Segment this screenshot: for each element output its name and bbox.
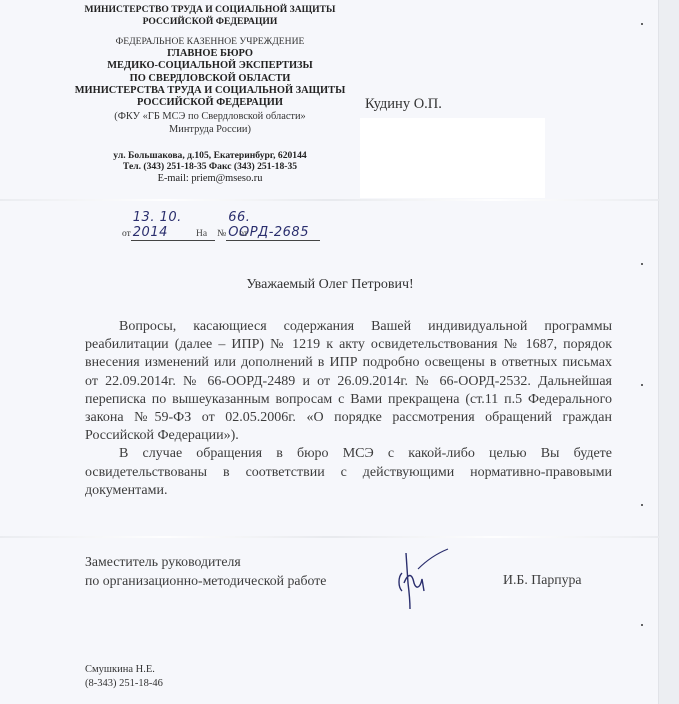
phone-fax: Тел. (343) 251-18-35 Факс (343) 251-18-3… [60, 161, 360, 173]
scan-speck [641, 384, 643, 386]
scan-speck [641, 23, 643, 25]
fold-line [0, 536, 660, 538]
executor-phone: (8-343) 251-18-46 [85, 677, 163, 691]
letterhead: МИНИСТЕРСТВО ТРУДА И СОЦИАЛЬНОЙ ЗАЩИТЫ Р… [60, 4, 360, 185]
reply-to-label: На [196, 229, 207, 239]
salutation: Уважаемый Олег Петрович! [0, 277, 660, 293]
bureau-line-1: ГЛАВНОЕ БЮРО [60, 48, 360, 60]
executor-name: Смушкина Н.Е. [85, 663, 163, 677]
ministry-line-2: РОССИЙСКОЙ ФЕДЕРАЦИИ [60, 16, 360, 28]
signatory-name: И.Б. Парпура [503, 572, 582, 588]
bureau-line-2: МЕДИКО-СОЦИАЛЬНОЙ ЭКСПЕРТИЗЫ [60, 60, 360, 72]
addressee: Кудину О.П. [365, 96, 442, 113]
position-line-1: Заместитель руководителя [85, 553, 326, 572]
fold-line [0, 199, 660, 201]
scan-speck [641, 263, 643, 265]
institution-type: ФЕДЕРАЛЬНОЕ КАЗЕННОЕ УЧРЕЖДЕНИЕ [60, 36, 360, 48]
signatory-position: Заместитель руководителя по организацион… [85, 553, 326, 590]
scan-speck [641, 624, 643, 626]
email: E-mail: priem@mseso.ru [60, 173, 360, 185]
redacted-address [360, 118, 545, 198]
short-name-line-2: Минтруда России) [60, 123, 360, 136]
body-paragraph-2: В случае обращения в бюро МСЭ с какой-ли… [85, 445, 612, 500]
ministry-line-1: МИНИСТЕРСТВО ТРУДА И СОЦИАЛЬНОЙ ЗАЩИТЫ [60, 4, 360, 16]
letter-body: Вопросы, касающиеся содержания Вашей инд… [85, 318, 612, 500]
reply-from-label: от [239, 229, 248, 239]
address: ул. Большакова, д.105, Екатеринбург, 620… [60, 150, 360, 162]
reply-reference: Наот [196, 229, 280, 239]
bureau-line-4: МИНИСТЕРСТВА ТРУДА И СОЦИАЛЬНОЙ ЗАЩИТЫ [60, 85, 360, 97]
handwritten-signature-icon [388, 543, 468, 613]
executor-info: Смушкина Н.Е. (8-343) 251-18-46 [85, 663, 163, 691]
position-line-2: по организационно-методической работе [85, 572, 326, 591]
bureau-line-3: ПО СВЕРДЛОВСКОЙ ОБЛАСТИ [60, 73, 360, 85]
body-paragraph-1: Вопросы, касающиеся содержания Вашей инд… [85, 318, 612, 445]
bureau-line-5: РОССИЙСКОЙ ФЕДЕРАЦИИ [60, 97, 360, 109]
from-label: от [122, 229, 131, 239]
scan-speck [641, 504, 643, 506]
page-edge [658, 0, 679, 704]
short-name-line-1: (ФКУ «ГБ МСЭ по Свердловской области» [60, 110, 360, 123]
